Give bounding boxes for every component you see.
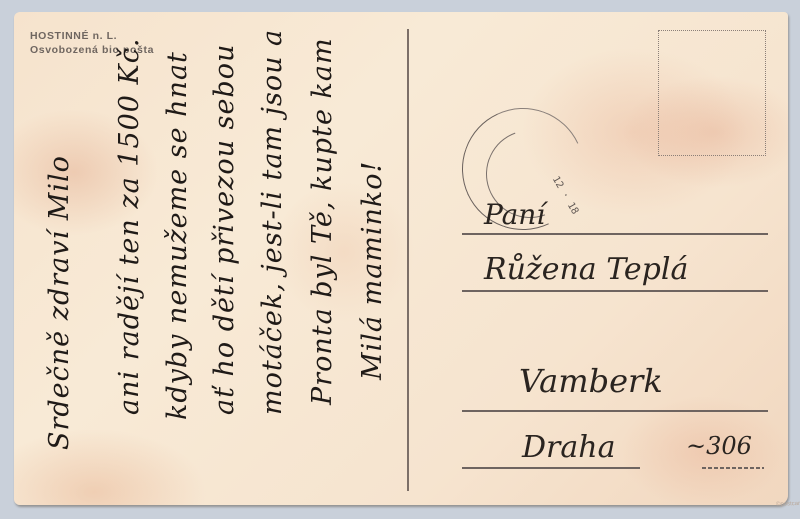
address-line-2 [462,290,768,292]
address-line-3 [462,410,768,412]
message-line: ať ho dětí přivezou sebou [209,44,240,415]
message-line: ani radějí ten za 1500 Kč. [114,38,145,415]
address-town: Vamberk [519,362,663,400]
address-street: Draha [522,430,616,465]
house-number-value: 306 [706,432,752,460]
watermark: ©postcardgallery [776,500,800,508]
address-line-4a [462,467,640,469]
address-line-4b [702,467,764,469]
address-name: Růžena Teplá [484,252,688,287]
message-line: Milá maminko! [357,161,388,380]
stamp-box [658,30,766,156]
address-house-number: ~306 [686,432,752,460]
message-line: kdyby nemužeme se hnat [162,51,193,420]
address-line-1 [462,233,768,235]
address-salutation: Paní [484,198,545,231]
message-signature-line: Srdečně zdraví Milo [44,155,75,450]
center-divider [407,29,409,491]
message-line: Pronta byl Tě, kupte kam [307,37,338,405]
message-line: motáček, jest-li tam jsou a [257,29,288,415]
handwritten-message: Milá maminko! Pronta byl Tě, kupte kam m… [22,50,402,490]
